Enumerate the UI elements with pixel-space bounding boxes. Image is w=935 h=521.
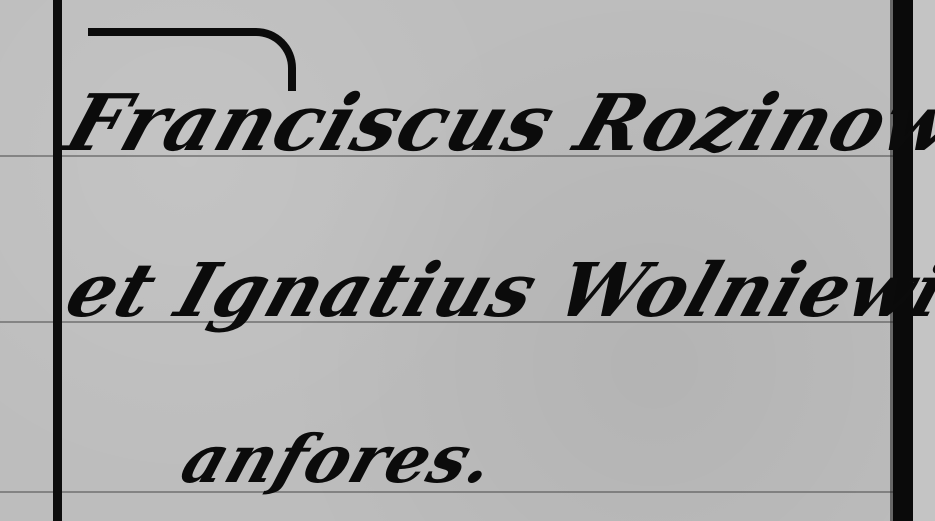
left-margin-rule (53, 0, 62, 521)
handwritten-line-3: anfores. (172, 420, 505, 498)
handwritten-line-2: et Ignatius Wolniewicz (56, 248, 935, 334)
handwritten-line-1: Franciscus Rozinowicz (55, 78, 935, 169)
